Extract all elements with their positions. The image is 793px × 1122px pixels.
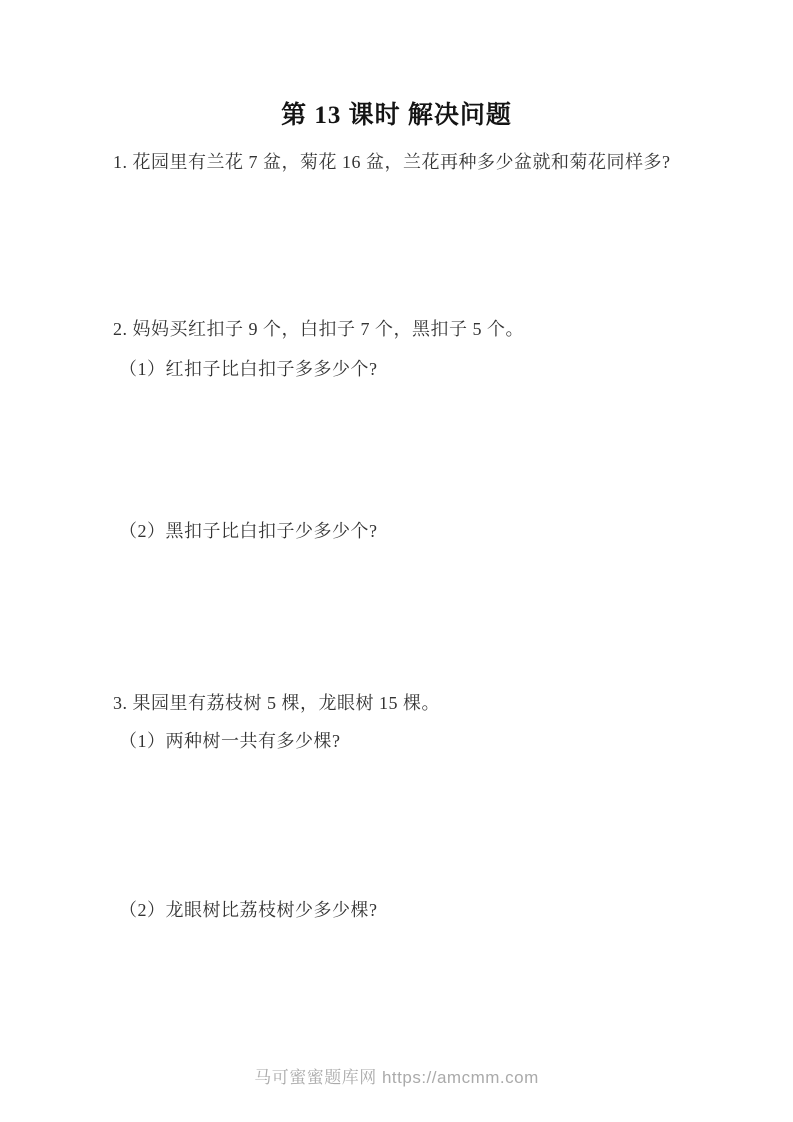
question-3-text: 3. 果园里有荔枝树 5 棵，龙眼树 15 棵。 [113, 689, 440, 715]
page-title: 第 13 课时 解决问题 [0, 95, 793, 131]
question-2-text: 2. 妈妈买红扣子 9 个，白扣子 7 个，黑扣子 5 个。 [113, 315, 524, 341]
question-1-text: 1. 花园里有兰花 7 盆，菊花 16 盆，兰花再种多少盆就和菊花同样多? [113, 148, 671, 174]
question-3-sub-2-text: （2）龙眼树比荔枝树少多少棵? [119, 896, 378, 922]
worksheet-page: 第 13 课时 解决问题 1. 花园里有兰花 7 盆，菊花 16 盆，兰花再种多… [0, 0, 793, 1122]
question-2-sub-1-text: （1）红扣子比白扣子多多少个? [119, 355, 378, 381]
footer-watermark: 马可蜜蜜题库网 https://amcmm.com [0, 1063, 793, 1088]
question-3-sub-1-text: （1）两种树一共有多少棵? [119, 727, 341, 753]
question-2-sub-2-text: （2）黑扣子比白扣子少多少个? [119, 517, 378, 543]
